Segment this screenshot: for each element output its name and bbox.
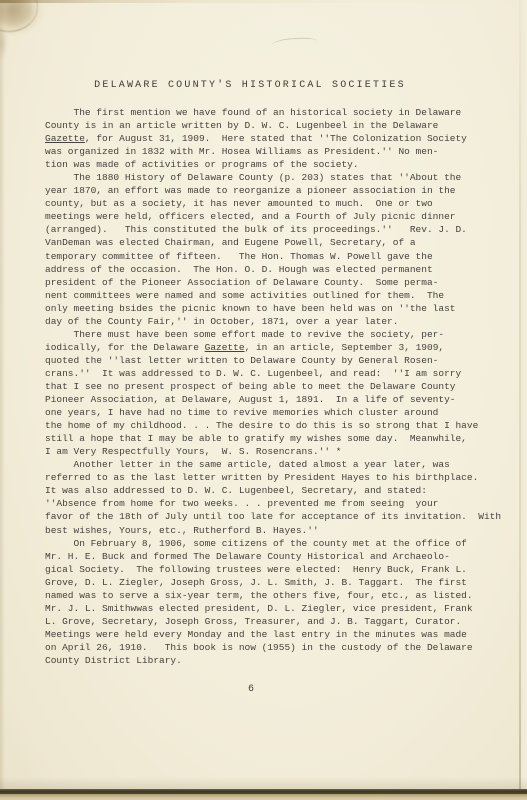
text-line: County District Library. [45, 654, 501, 667]
text-segment: L. Grove, Secretary, Joseph Gross, Treas… [45, 616, 461, 627]
text-line: quoted the ''last letter written to Dela… [45, 354, 501, 367]
paragraph: The first mention we have found of an hi… [45, 106, 501, 171]
text-line: year 1870, an effort was made to reorgan… [45, 184, 501, 197]
text-segment: VanDeman was elected Chairman, and Eugen… [45, 237, 416, 248]
text-segment: meetings were held, officers elected, an… [45, 211, 455, 222]
text-segment: favor of the 18th of July until too late… [45, 511, 501, 522]
text-segment: There must have been some effort made to… [45, 329, 444, 340]
text-line: County is in an article written by D. W.… [45, 119, 501, 132]
text-segment: , for August 31, 1909. Here stated that … [85, 133, 467, 144]
scanned-page: DELAWARE COUNTY'S HISTORICAL SOCIETIES T… [0, 0, 527, 800]
text-line: was organized in 1832 with Mr. Hosea Wil… [45, 145, 501, 158]
text-segment: County District Library. [45, 655, 182, 666]
book-edge-tan [0, 794, 527, 800]
text-line: (arranged). This constituted the bulk of… [45, 223, 501, 236]
text-line: Another letter in the same article, date… [45, 458, 501, 471]
text-segment: Pioneer Association, at Delaware, August… [45, 394, 455, 405]
text-segment: gical Society. The following trustees we… [45, 564, 467, 575]
paragraph: Another letter in the same article, date… [45, 458, 501, 536]
text-line: favor of the 18th of July until too late… [45, 510, 501, 523]
text-segment: address of the occasion. The Hon. O. D. … [45, 264, 433, 275]
text-line: best wishes, Yours, etc., Rutherford B. … [45, 524, 501, 537]
text-segment: Grove, D. L. Ziegler, Joseph Gross, J. L… [45, 577, 467, 588]
text-line: ''Absence from home for two weeks. . . p… [45, 497, 501, 510]
text-segment: On February 8, 1906, some citizens of th… [45, 538, 467, 549]
page-left-edge [0, 0, 5, 800]
page-title: DELAWARE COUNTY'S HISTORICAL SOCIETIES [0, 80, 500, 91]
text-line: Grove, D. L. Ziegler, Joseph Gross, J. L… [45, 576, 501, 589]
text-segment: one years, I have had no time to revive … [45, 407, 438, 418]
paragraph: There must have been some effort made to… [45, 328, 501, 458]
text-line: still a hope that I may be able to grati… [45, 432, 501, 445]
paragraph: On February 8, 1906, some citizens of th… [45, 537, 501, 667]
text-line: VanDeman was elected Chairman, and Eugen… [45, 236, 501, 249]
text-segment: tion was made of activities or programs … [45, 159, 359, 170]
text-segment: that I see no present prospect of being … [45, 381, 455, 392]
text-segment: the home of my childhood. . . The desire… [45, 420, 478, 431]
text-line: iodically, for the Delaware Gazette, in … [45, 341, 501, 354]
text-segment: referred to as the last letter written b… [45, 472, 478, 483]
text-segment: Meetings were held every Monday and the … [45, 629, 467, 640]
text-line: day of the County Fair,'' in October, 18… [45, 315, 501, 328]
paper-crease-mark [272, 36, 319, 49]
text-segment: Mr. J. L. Smithwwas elected president, D… [45, 603, 473, 614]
text-line: address of the occasion. The Hon. O. D. … [45, 263, 501, 276]
text-segment: day of the County Fair,'' in October, 18… [45, 316, 398, 327]
text-segment: Another letter in the same article, date… [45, 459, 450, 470]
text-segment: president of the Pioneer Association of … [45, 277, 438, 288]
text-segment: The 1880 History of Delaware County (p. … [45, 172, 461, 183]
text-line: temporary committee of fifteen. The Hon.… [45, 250, 501, 263]
text-line: I am Very Respectfully Yours, W. S. Rose… [45, 445, 501, 458]
text-segment: county, but as a society, it has never a… [45, 198, 433, 209]
text-line: meetings were held, officers elected, an… [45, 210, 501, 223]
text-line: named was to serve a six-year term, the … [45, 589, 501, 602]
page-bottom-shadow [0, 777, 527, 789]
text-line: tion was made of activities or programs … [45, 158, 501, 171]
text-line: only meeting bsides the picnic known to … [45, 302, 501, 315]
text-segment: County is in an article written by D. W.… [45, 120, 438, 131]
text-line: Pioneer Association, at Delaware, August… [45, 393, 501, 406]
text-line: Mr. J. L. Smithwwas elected president, D… [45, 602, 501, 615]
text-line: on April 26, 1910. This book is now (195… [45, 641, 501, 654]
text-segment: was organized in 1832 with Mr. Hosea Wil… [45, 146, 438, 157]
text-line: gical Society. The following trustees we… [45, 563, 501, 576]
text-segment: The first mention we have found of an hi… [45, 107, 461, 118]
text-segment: best wishes, Yours, etc., Rutherford B. … [45, 525, 319, 536]
text-line: Meetings were held every Monday and the … [45, 628, 501, 641]
text-segment: nent committees were named and some acti… [45, 290, 444, 301]
text-segment: Mr. H. E. Buck and formed The Delaware C… [45, 551, 450, 562]
next-page-sliver [521, 0, 527, 800]
underlined-text: Gazette [45, 133, 85, 144]
text-segment: named was to serve a six-year term, the … [45, 590, 473, 601]
text-segment: It was also addressed to D. W. C. Lugenb… [45, 485, 427, 496]
text-segment: on April 26, 1910. This book is now (195… [45, 642, 473, 653]
text-line: crans.'' It was addressed to D. W. C. Lu… [45, 367, 501, 380]
text-segment: I am Very Respectfully Yours, W. S. Rose… [45, 446, 341, 457]
text-segment: only meeting bsides the picnic known to … [45, 303, 455, 314]
text-segment: ''Absence from home for two weeks. . . p… [45, 498, 438, 509]
text-line: the home of my childhood. . . The desire… [45, 419, 501, 432]
paragraph: The 1880 History of Delaware County (p. … [45, 171, 501, 328]
text-line: Gazette, for August 31, 1909. Here state… [45, 132, 501, 145]
text-segment: iodically, for the Delaware [45, 342, 205, 353]
text-line: It was also addressed to D. W. C. Lugenb… [45, 484, 501, 497]
text-line: one years, I have had no time to revive … [45, 406, 501, 419]
text-line: The first mention we have found of an hi… [45, 106, 501, 119]
text-line: On February 8, 1906, some citizens of th… [45, 537, 501, 550]
page-top-edge [0, 0, 527, 3]
text-line: L. Grove, Secretary, Joseph Gross, Treas… [45, 615, 501, 628]
underlined-text: Gazette [205, 342, 245, 353]
text-line: There must have been some effort made to… [45, 328, 501, 341]
text-line: referred to as the last letter written b… [45, 471, 501, 484]
body-text: The first mention we have found of an hi… [45, 106, 501, 667]
text-line: nent committees were named and some acti… [45, 289, 501, 302]
text-segment: year 1870, an effort was made to reorgan… [45, 185, 455, 196]
text-line: county, but as a society, it has never a… [45, 197, 501, 210]
text-segment: quoted the ''last letter written to Dela… [45, 355, 438, 366]
text-segment: still a hope that I may be able to grati… [45, 433, 467, 444]
text-line: Mr. H. E. Buck and formed The Delaware C… [45, 550, 501, 563]
text-segment: , in an article, September 3, 1909, [245, 342, 445, 353]
page-number: 6 [0, 684, 502, 695]
text-segment: crans.'' It was addressed to D. W. C. Lu… [45, 368, 461, 379]
text-line: The 1880 History of Delaware County (p. … [45, 171, 501, 184]
text-segment: (arranged). This constituted the bulk of… [45, 224, 467, 235]
text-segment: temporary committee of fifteen. The Hon.… [45, 251, 433, 262]
text-line: president of the Pioneer Association of … [45, 276, 501, 289]
text-line: that I see no present prospect of being … [45, 380, 501, 393]
